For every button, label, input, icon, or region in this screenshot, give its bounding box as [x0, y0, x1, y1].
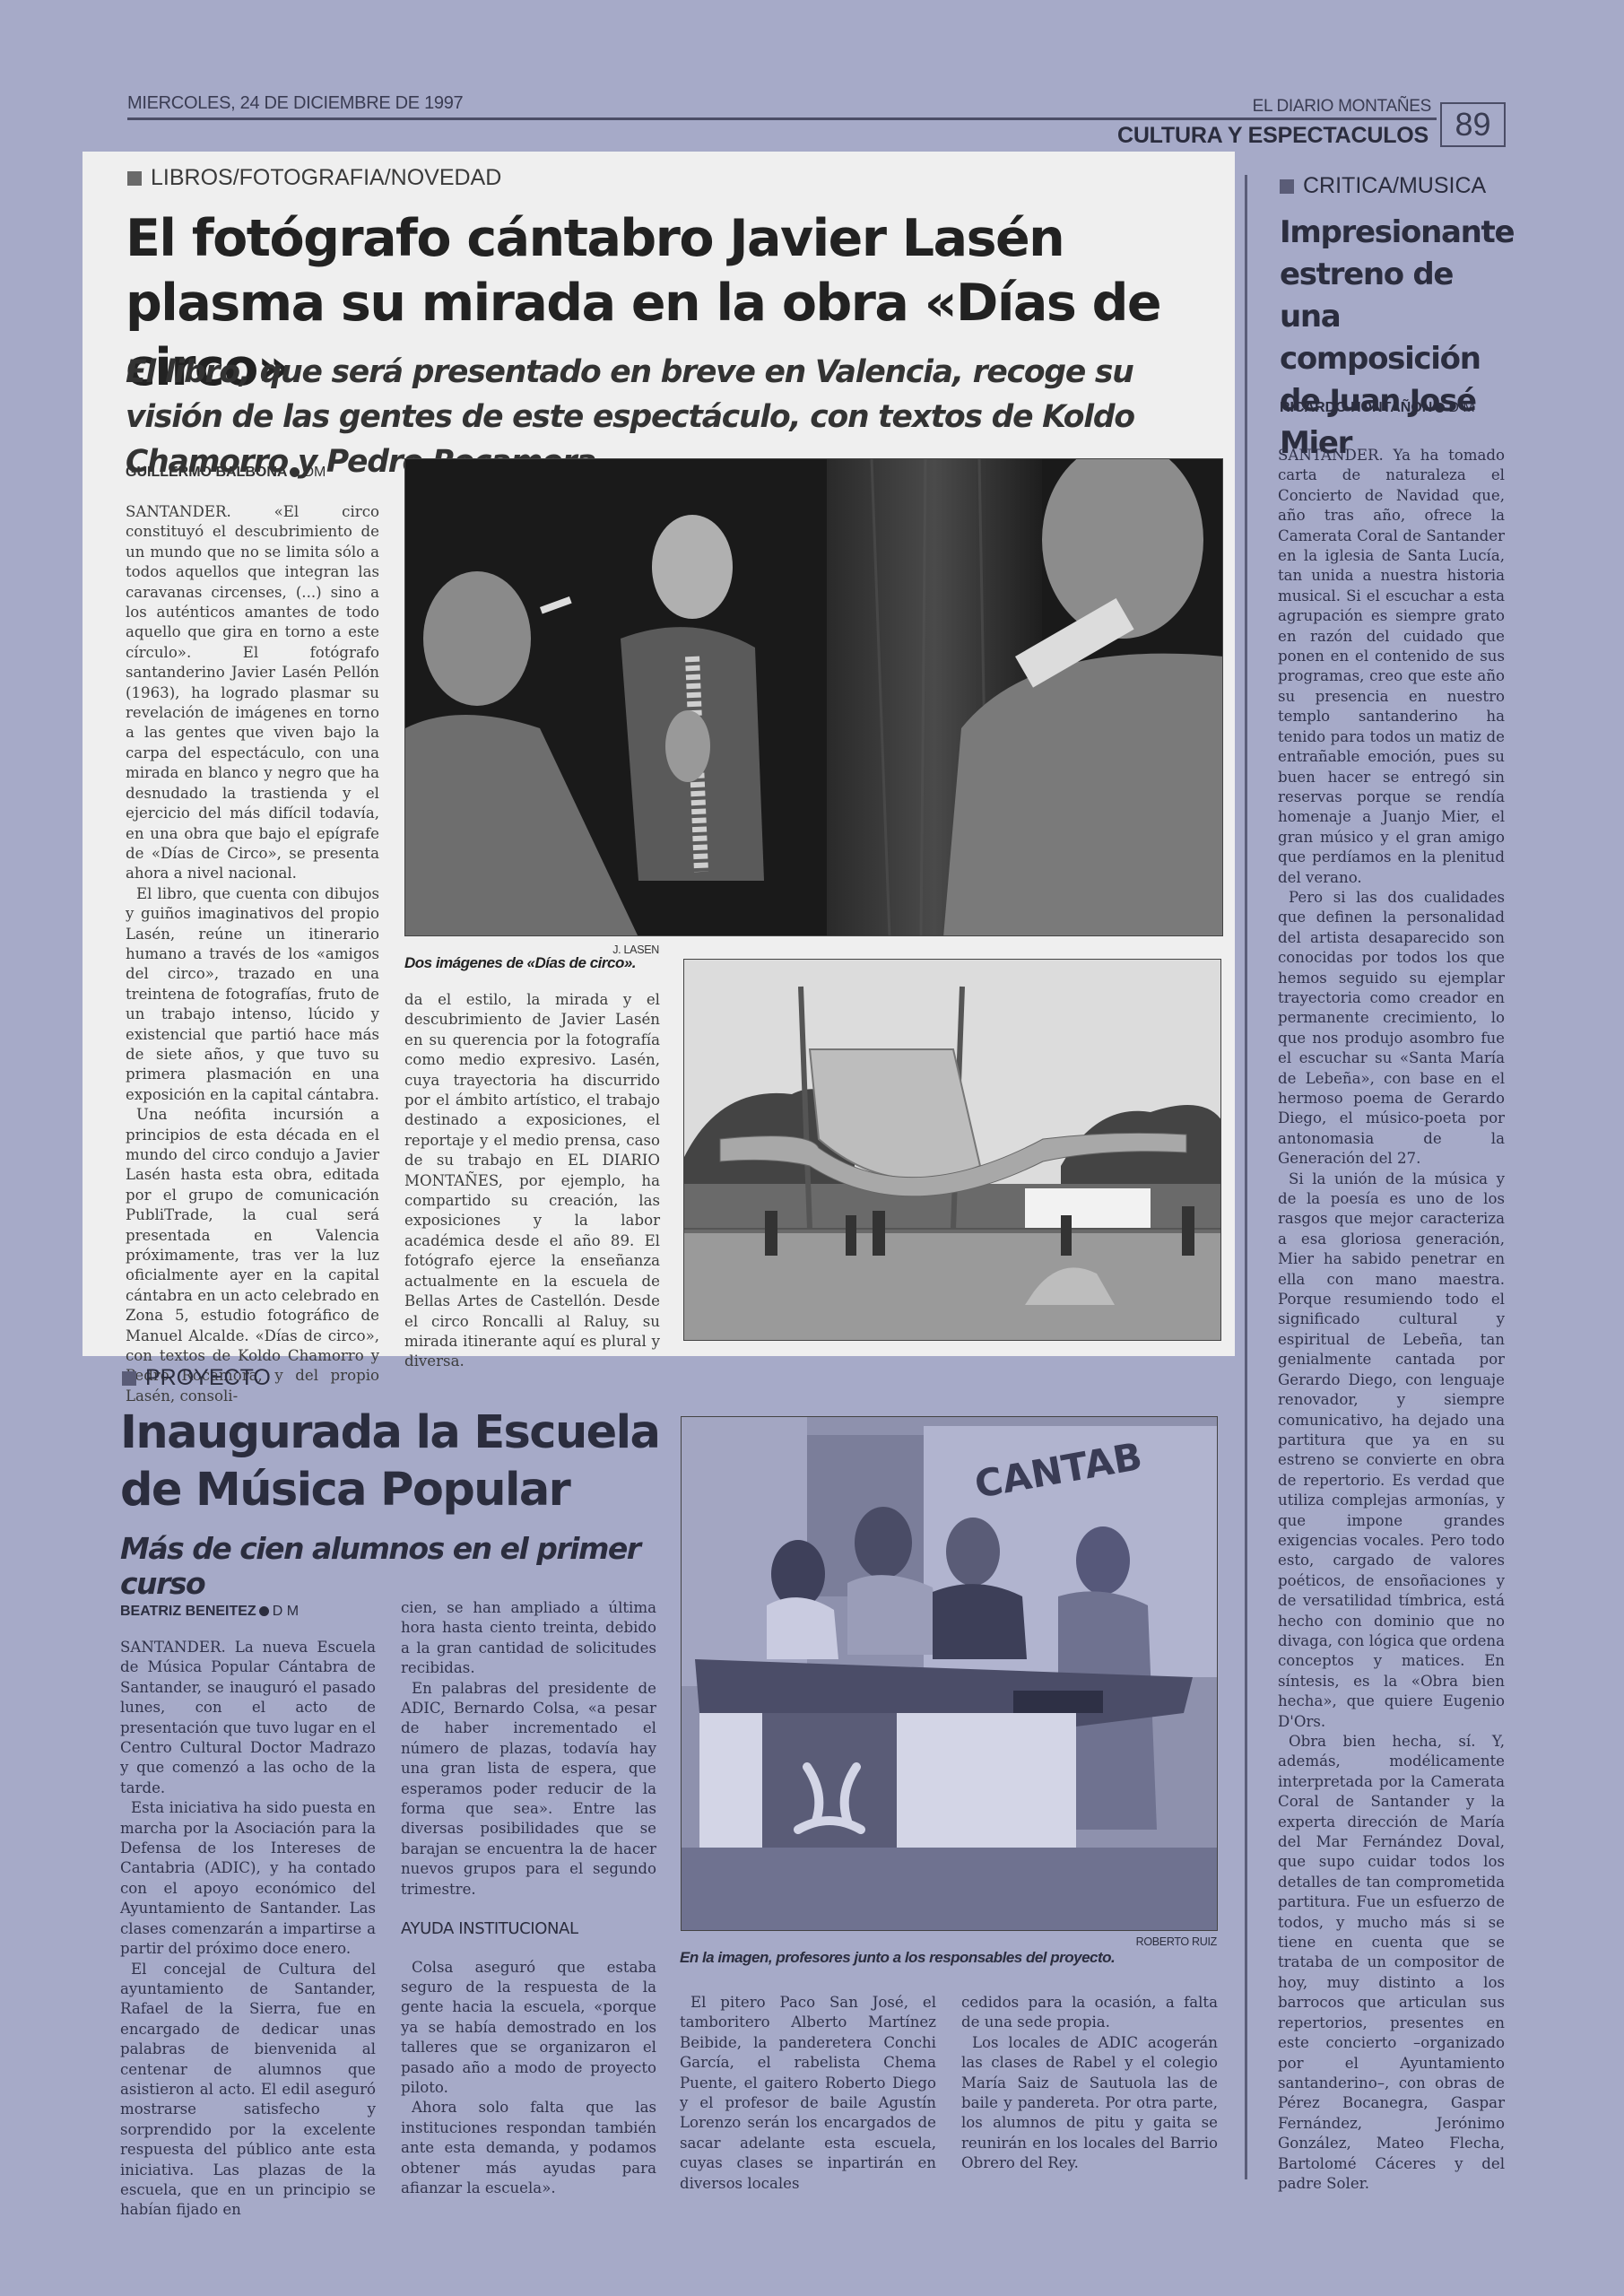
- photo-tent-illustration: [684, 960, 1221, 1341]
- subhead: AYUDA INSTITUCIONAL: [401, 1919, 656, 1939]
- paragraph: El concejal de Cultura del ayuntamiento …: [120, 1960, 376, 2221]
- article-escuela-byline: BEATRIZ BENEITEZD M: [120, 1604, 299, 1620]
- paragraph: cien, se han ampliado a última hora hast…: [401, 1598, 656, 1679]
- photo-backstage-illustration: [405, 459, 1223, 936]
- article-escuela-column-3: El pitero Paco San José, el tamboritero …: [680, 1993, 936, 2194]
- article-escuela-column-1: SANTANDER. La nueva Escuela de Música Po…: [120, 1638, 376, 2221]
- paragraph: SANTANDER. Ya ha tomado carta de natural…: [1278, 446, 1505, 888]
- paragraph: SANTANDER. La nueva Escuela de Música Po…: [120, 1638, 376, 1798]
- photo-circus-backstage: [404, 458, 1223, 936]
- paragraph: Los locales de ADIC acogerán las clases …: [961, 2033, 1218, 2174]
- bullet-dot-icon: [259, 1606, 269, 1616]
- article-escuela-column-4: cedidos para la ocasión, a falta de una …: [961, 1993, 1218, 2174]
- paragraph: da el estilo, la mirada y el descubrimie…: [404, 990, 660, 1372]
- kicker-label: PROYECTO: [145, 1365, 271, 1391]
- paragraph: Obra bien hecha, sí. Y, además, modélica…: [1278, 1732, 1505, 2194]
- article-escuela-column-2: cien, se han ampliado a última hora hast…: [401, 1598, 656, 2198]
- paragraph: Colsa aseguró que estaba seguro de la re…: [401, 1958, 656, 2099]
- paragraph: En palabras del presidente de ADIC, Bern…: [401, 1679, 656, 1900]
- byline-agency: DM: [303, 465, 326, 480]
- article-escuela-deck: Más de cien alumnos en el primer curso: [120, 1531, 694, 1601]
- paragraph: Ahora solo falta que las instituciones r…: [401, 2098, 656, 2198]
- paragraph: SANTANDER. «El circo constituyó el descu…: [126, 502, 379, 884]
- byline-name: BEATRIZ BENEITEZ: [120, 1604, 256, 1619]
- photo-credit: ROBERTO RUIZ: [1076, 1935, 1217, 1948]
- article-critica-body: SANTANDER. Ya ha tomado carta de natural…: [1278, 446, 1505, 2194]
- article-critica-byline: RICARDO HONTAÑOND M: [1280, 400, 1475, 416]
- section-title: CULTURA Y ESPECTACULOS: [1117, 123, 1429, 149]
- paragraph: Una neófita incursión a principios de es…: [126, 1105, 379, 1406]
- page-number: 89: [1440, 102, 1506, 147]
- bullet-dot-icon: [1435, 403, 1445, 413]
- paragraph: El libro, que cuenta con dibujos y guiño…: [126, 884, 379, 1105]
- photo-caption: Dos imágenes de «Días de circo».: [404, 954, 673, 972]
- paragraph: Esta iniciativa ha sido puesta en marcha…: [120, 1798, 376, 1959]
- photo-circus-tent: [683, 959, 1221, 1341]
- byline-name: GUILLERMO BALBONA: [126, 465, 287, 480]
- photo-press-conference: CANTAB: [681, 1416, 1218, 1931]
- byline-agency: D M: [1448, 400, 1474, 415]
- square-bullet-icon: [1280, 179, 1294, 194]
- kicker-label: CRITICA/MUSICA: [1303, 173, 1486, 199]
- byline-agency: D M: [273, 1604, 299, 1619]
- kicker-label: LIBROS/FOTOGRAFIA/NOVEDAD: [151, 165, 501, 191]
- photo-caption: En la imagen, profesores junto a los res…: [680, 1949, 1218, 1967]
- article-lasen-column-2: da el estilo, la mirada y el descubrimie…: [404, 990, 660, 1372]
- article-escuela-kicker: PROYECTO: [122, 1365, 271, 1391]
- square-bullet-icon: [122, 1371, 136, 1386]
- byline-name: RICARDO HONTAÑON: [1280, 400, 1432, 415]
- paragraph: Pero si las dos cualidades que definen l…: [1278, 888, 1505, 1170]
- newspaper-name: EL DIARIO MONTAÑES: [1253, 97, 1431, 117]
- article-lasen-byline: GUILLERMO BALBONADM: [126, 465, 326, 481]
- edition-date: MIERCOLES, 24 DE DICIEMBRE DE 1997: [127, 93, 463, 114]
- photo-press-illustration: CANTAB: [682, 1417, 1218, 1931]
- square-bullet-icon: [127, 171, 142, 186]
- header-rule: [127, 117, 1437, 120]
- paragraph: cedidos para la ocasión, a falta de una …: [961, 1993, 1218, 2033]
- article-critica-kicker: CRITICA/MUSICA: [1280, 173, 1486, 199]
- column-divider: [1245, 175, 1247, 2179]
- article-escuela-headline: Inaugurada la Escuela de Música Popular: [120, 1405, 694, 1519]
- article-lasen-column-1: SANTANDER. «El circo constituyó el descu…: [126, 502, 379, 1406]
- article-critica-headline: Impresionante estreno de una composición…: [1280, 212, 1522, 465]
- paragraph: Si la unión de la música y de la poesía …: [1278, 1170, 1505, 1732]
- bullet-dot-icon: [290, 467, 300, 477]
- article-lasen-kicker: LIBROS/FOTOGRAFIA/NOVEDAD: [127, 165, 501, 191]
- paragraph: El pitero Paco San José, el tamboritero …: [680, 1993, 936, 2194]
